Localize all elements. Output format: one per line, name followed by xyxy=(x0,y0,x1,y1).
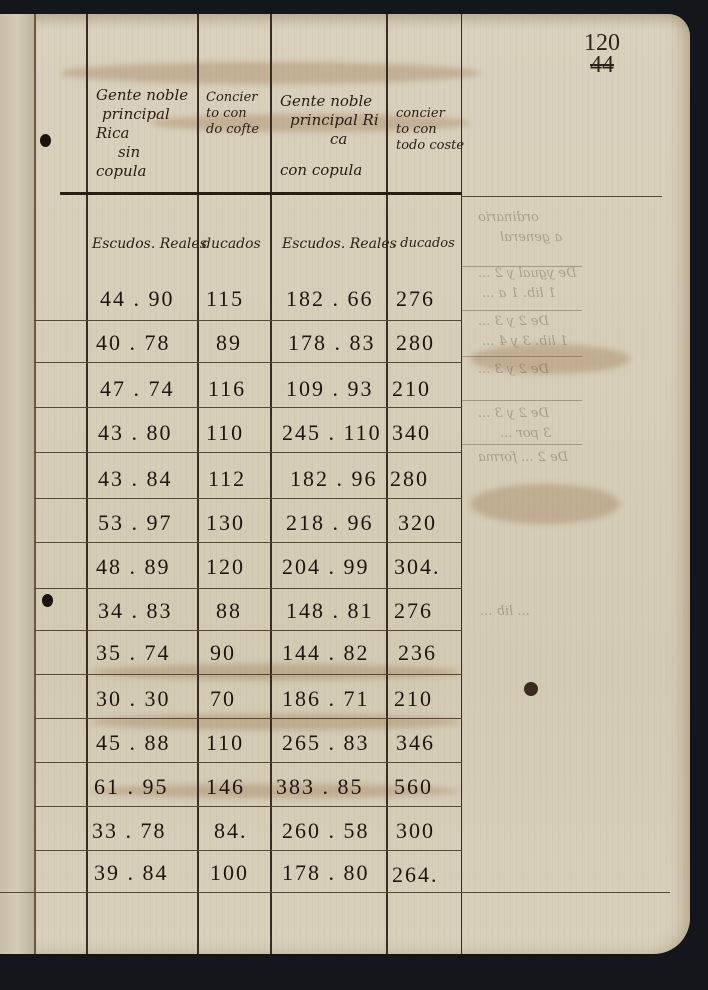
binding-hole xyxy=(42,594,53,607)
header-divider xyxy=(60,192,462,195)
row-rule xyxy=(34,542,462,543)
stain xyxy=(90,714,460,730)
bleed-through-text: 1 lib. 1 a ... xyxy=(482,286,556,301)
stain xyxy=(470,484,620,524)
binding-hole xyxy=(40,134,51,147)
header-col-1: Gente noble principal Rica sin copula xyxy=(96,86,188,181)
bleed-through-text: De 2 y 3 ... xyxy=(478,314,549,329)
row-rule xyxy=(34,320,462,321)
column-rule xyxy=(86,14,88,954)
faint-rule xyxy=(462,266,582,267)
row-rule xyxy=(0,892,670,893)
column-rule xyxy=(386,14,388,954)
subheader-escudos-reales-2: Escudos. Reales xyxy=(282,236,397,252)
header-col-4: concier to con todo coste xyxy=(396,106,464,154)
row-rule xyxy=(34,588,462,589)
bleed-through-text: ... lib ... xyxy=(480,604,530,619)
subheader-ducados-1: ducados xyxy=(202,236,261,252)
bleed-through-text: De ygual y 2 ... xyxy=(478,266,577,281)
column-rule xyxy=(270,14,272,954)
bleed-through-text: De 2 ... forma xyxy=(478,450,568,465)
folio-number: 120 44 xyxy=(584,32,620,76)
subheader-escudos-reales-1: Escudos. Reales xyxy=(92,236,207,252)
row-rule xyxy=(34,452,462,453)
bleed-through-text: ordinario xyxy=(478,210,539,225)
folio-current: 120 xyxy=(584,32,620,54)
ink-blot xyxy=(524,682,538,696)
row-rule xyxy=(34,407,462,408)
row-rule xyxy=(34,630,462,631)
bleed-through-text: 1 lib. 3 y 4 ... xyxy=(482,334,568,349)
row-rule xyxy=(34,762,462,763)
bleed-through-text: De 2 y 3 ... xyxy=(478,406,549,421)
faint-rule xyxy=(462,400,582,401)
rule xyxy=(462,196,662,197)
bleed-through-text: 3 por ... xyxy=(500,426,551,441)
faint-rule xyxy=(462,444,582,445)
row-rule xyxy=(34,498,462,499)
row-rule xyxy=(34,674,462,675)
row-rule xyxy=(34,718,462,719)
binding-gutter xyxy=(0,14,36,954)
manuscript-page: 120 44 Gente noble principal Rica sin co… xyxy=(0,14,690,954)
folio-struck: 44 xyxy=(584,54,620,76)
bleed-through-text: De 2 y 3 ... xyxy=(478,362,549,377)
faint-rule xyxy=(462,356,582,357)
bleed-through-text: a general xyxy=(500,230,562,245)
column-rule xyxy=(461,14,462,954)
row-rule xyxy=(34,806,462,807)
row-rule xyxy=(34,850,462,851)
subheader-ducados-2: . ducados xyxy=(392,236,455,251)
stain xyxy=(90,664,460,680)
header-col-3: Gente noble principal Ri ca con copula xyxy=(280,92,379,180)
row-rule xyxy=(34,362,462,363)
faint-rule xyxy=(462,310,582,311)
header-col-2: Concier to con do cofte xyxy=(206,90,259,138)
column-rule xyxy=(197,14,199,954)
